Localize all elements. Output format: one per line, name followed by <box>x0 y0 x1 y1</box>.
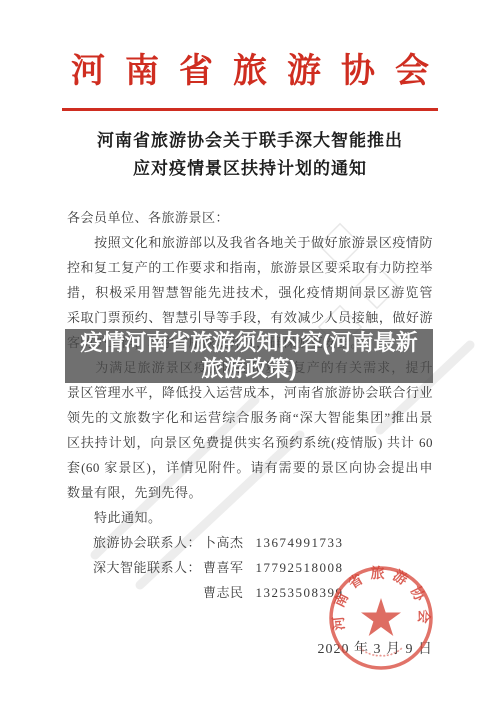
document-title-line1: 河南省旅游协会关于联手深大智能推出 <box>0 127 500 155</box>
body-line: 景区管理水平，降低投入运营成本，河南省旅游协会联合行业 <box>67 380 433 405</box>
seal-star <box>361 598 401 636</box>
contact-phone: 13674991733 <box>256 530 344 555</box>
overlay-caption-line2: 旅游政策) <box>65 356 433 382</box>
body-line: 控和复工复产的工作要求和指南，旅游景区要采取有力防控举 <box>67 255 433 280</box>
official-seal: 河南省旅游协会 ************* <box>326 562 436 672</box>
contact-name: 曹喜军 <box>203 555 244 580</box>
contact-name: 曹志民 <box>203 580 244 605</box>
body-line: 区扶持计划，向景区免费提供实名预约系统(疫情版) 共计 60 <box>67 430 433 455</box>
seal-serial-marks: ************* <box>356 646 406 660</box>
closing-line: 特此通知。 <box>67 505 433 530</box>
body-line: 领先的文旅数字化和运营综合服务商“深大智能集团”推出景 <box>67 405 433 430</box>
seal-serial-holder: ************* <box>356 646 406 660</box>
contact-label: 旅游协会联系人： <box>93 530 203 555</box>
body-line: 措，积极采用智慧智能先进技术，强化疫情期间景区游览管理， <box>67 280 433 305</box>
body-line: 数量有限，先到先得。 <box>67 480 433 505</box>
body-line: 按照文化和旅游部以及我省各地关于做好旅游景区疫情防 <box>67 230 433 255</box>
document-title-line2: 应对疫情景区扶持计划的通知 <box>0 155 500 183</box>
contact-name: 卜高杰 <box>203 530 244 555</box>
overlay-caption-banner: 疫情河南省旅游须知内容(河南最新 旅游政策) <box>65 329 433 383</box>
header-divider <box>62 108 438 111</box>
contact-row: 旅游协会联系人：卜高杰13674991733 <box>67 530 433 555</box>
contact-label: 深大智能联系人： <box>93 555 203 580</box>
document-page: 河南省旅游协会 河南省旅游协会关于联手深大智能推出 应对疫情景区扶持计划的通知 … <box>0 0 500 707</box>
body-line: 套(60 家景区)，详情见附件。请有需要的景区向协会提出申请， <box>67 455 433 480</box>
document-body: 各会员单位、各旅游景区： 按照文化和旅游部以及我省各地关于做好旅游景区疫情防 控… <box>67 205 433 605</box>
org-name-header: 河南省旅游协会 <box>0 50 500 94</box>
body-line: 采取门票预约、智慧引导等手段，有效减少人员接触，做好游 <box>67 305 433 330</box>
document-title: 河南省旅游协会关于联手深大智能推出 应对疫情景区扶持计划的通知 <box>0 127 500 183</box>
org-name-text: 河南省旅游协会 <box>71 53 449 90</box>
overlay-caption-line1: 疫情河南省旅游须知内容(河南最新 <box>65 330 433 356</box>
salutation: 各会员单位、各旅游景区： <box>67 205 433 230</box>
